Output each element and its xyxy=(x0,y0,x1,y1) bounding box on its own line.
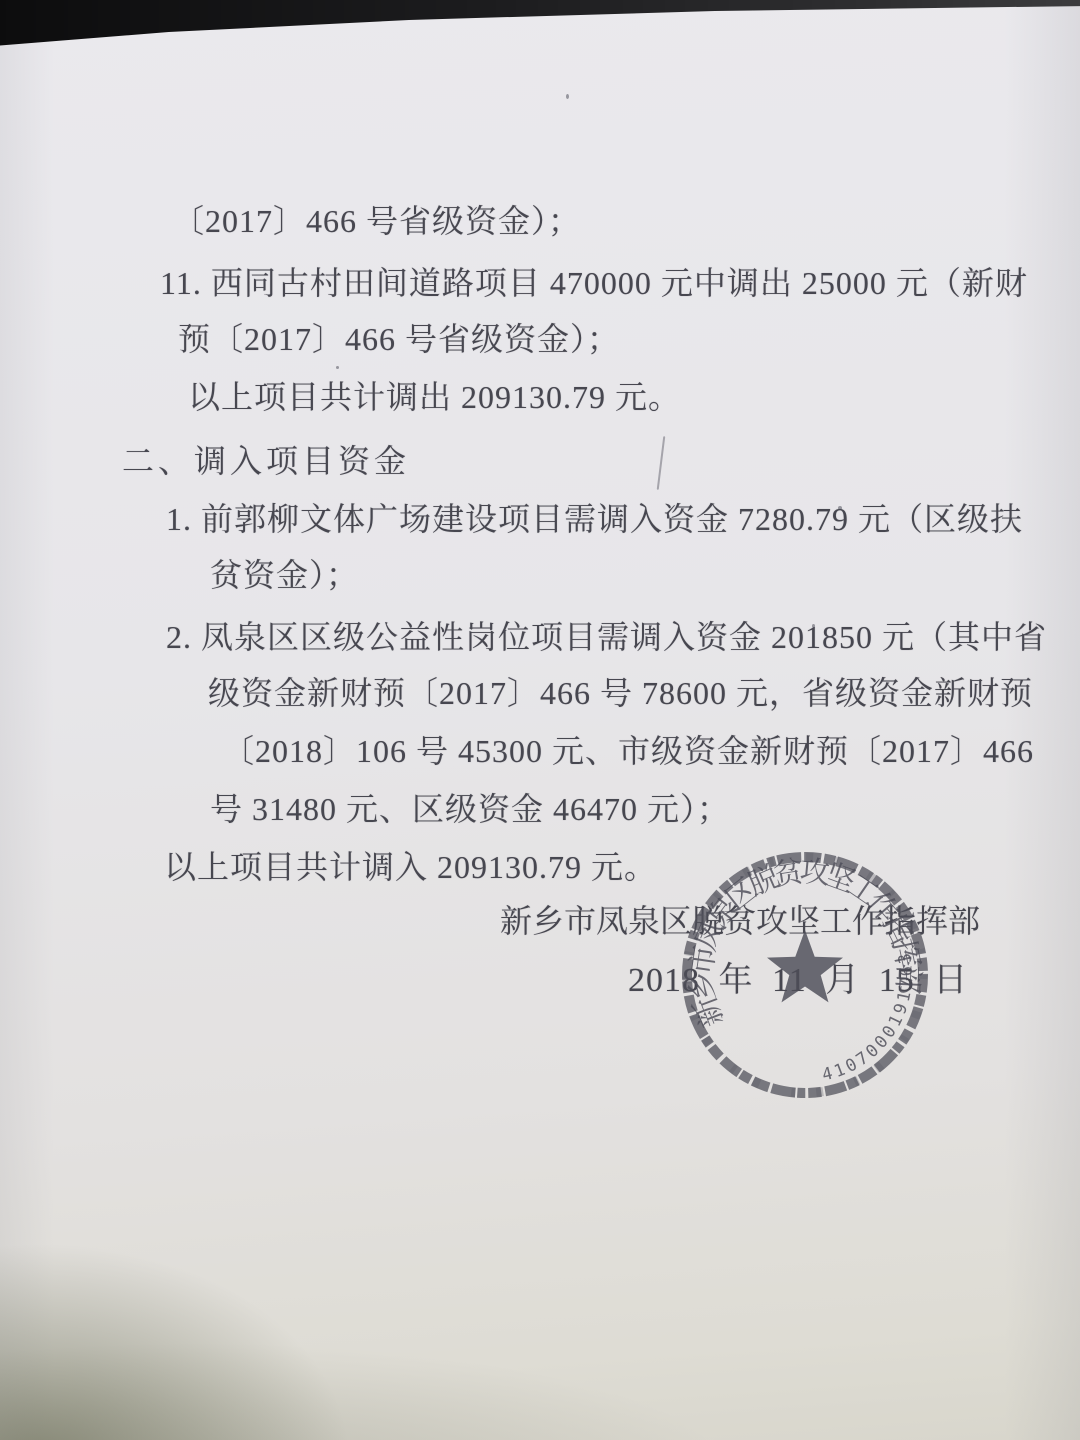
signature-org-line: 新乡市凤泉区脱贫攻坚工作指挥部 xyxy=(500,896,980,942)
document-line: 以上项目共计调出 209130.79 元。 xyxy=(188,372,681,418)
section-heading-line: 二、调入项目资金 xyxy=(122,436,410,482)
paper-speck xyxy=(812,624,815,628)
document-line: 以上项目共计调入 209130.79 元。 xyxy=(164,842,657,888)
document-line: 号 31480 元、区级资金 46470 元）； xyxy=(210,784,730,830)
document-line: 〔2017〕466 号省级资金）； xyxy=(172,196,581,242)
document-line: 预〔2017〕466 号省级资金）； xyxy=(178,314,620,360)
paper-speck xyxy=(838,506,842,510)
document-line: 贫资金）； xyxy=(210,550,359,596)
document-line: 〔2018〕106 号 45300 元、市级资金新财预〔2017〕466 xyxy=(222,726,1034,772)
document-line: 1. 前郭柳文体广场建设项目需调入资金 7280.79 元（区级扶 xyxy=(166,494,1023,540)
document-line: 级资金新财预〔2017〕466 号 78600 元，省级资金新财预 xyxy=(208,668,1033,714)
signature-date-line: 2018 年 11 月 15 日 xyxy=(628,952,968,1001)
document-line: 2. 凤泉区区级公益性岗位项目需调入资金 201850 元（其中省 xyxy=(166,612,1047,658)
photographed-document: 〔2017〕466 号省级资金）； 11. 西同古村田间道路项目 470000 … xyxy=(0,0,1080,1440)
document-line: 11. 西同古村田间道路项目 470000 元中调出 25000 元（新财 xyxy=(160,258,1028,304)
paper-speck xyxy=(336,366,339,369)
paper-speck xyxy=(566,94,569,99)
